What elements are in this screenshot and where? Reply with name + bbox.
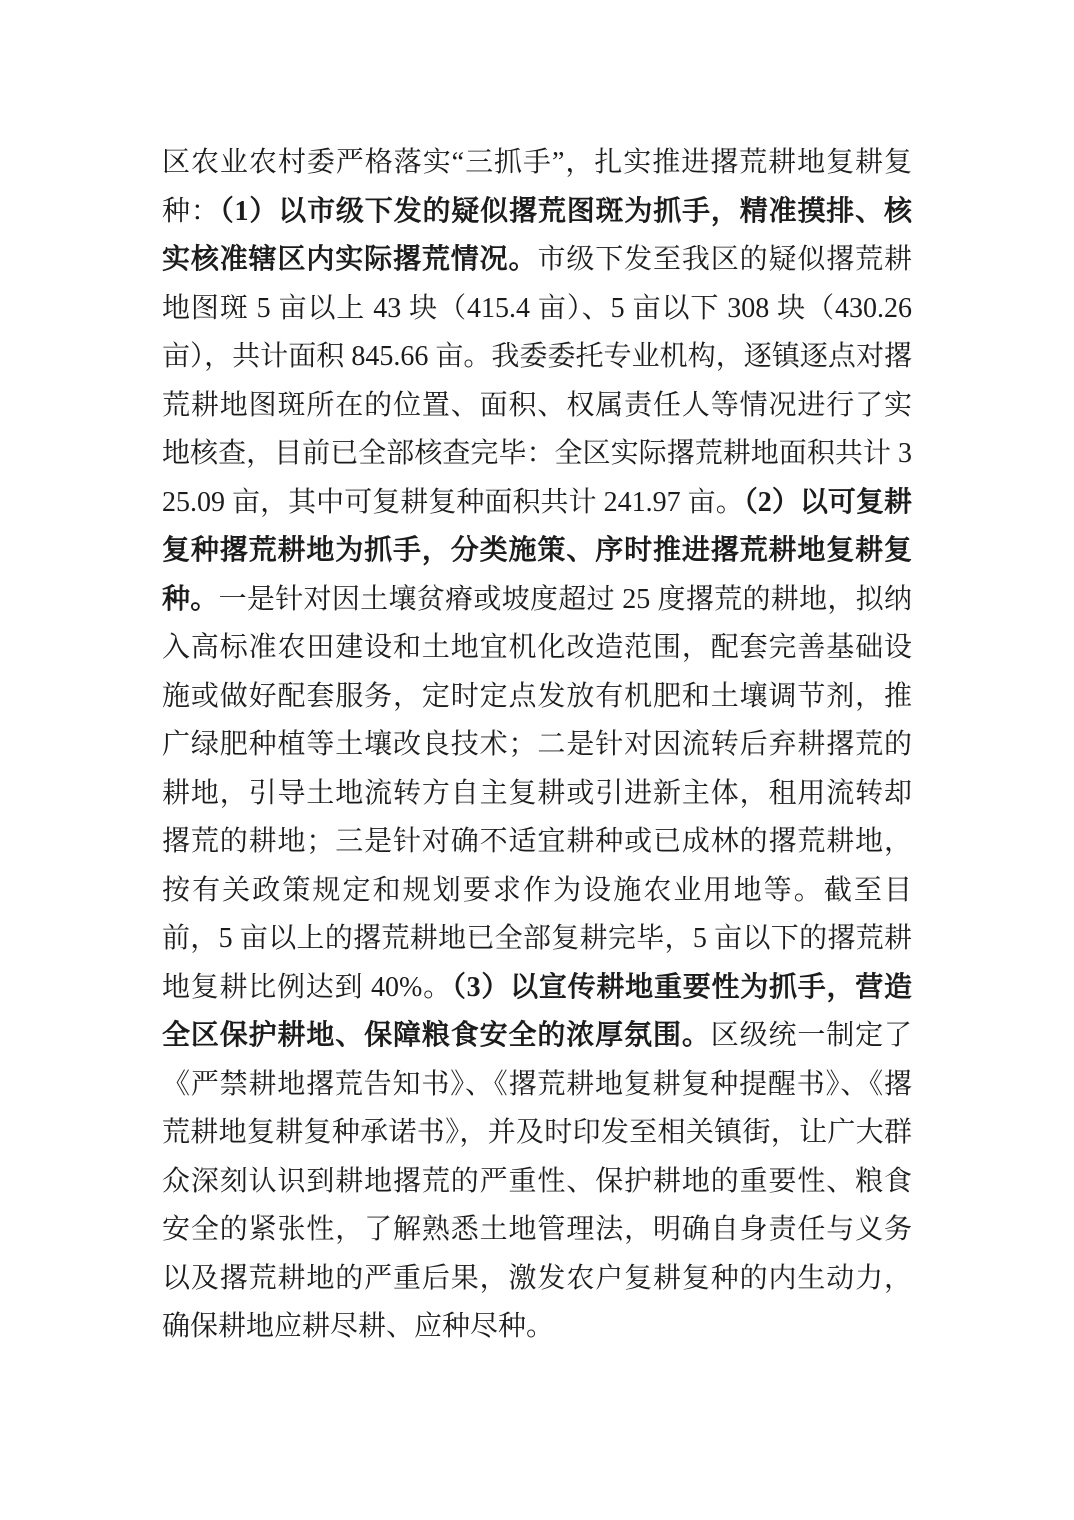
text-run: 区级统一制定了《严禁耕地撂荒告知书》、《撂荒耕地复耕复种提醒书》、《撂荒耕地复耕…	[162, 1020, 912, 1342]
body-paragraph: 区农业农村委严格落实“三抓手”，扎实推进撂荒耕地复耕复种：（1）以市级下发的疑似…	[162, 139, 912, 1352]
text-run: 市级下发至我区的疑似撂荒耕地图斑 5 亩以上 43 块（415.4 亩）、5 亩…	[162, 244, 912, 518]
text-run: 一是针对因土壤贫瘠或坡度超过 25 度撂荒的耕地，拟纳入高标准农田建设和土地宜机…	[162, 584, 912, 1003]
document-page: 区农业农村委严格落实“三抓手”，扎实推进撂荒耕地复耕复种：（1）以市级下发的疑似…	[0, 0, 1074, 1520]
